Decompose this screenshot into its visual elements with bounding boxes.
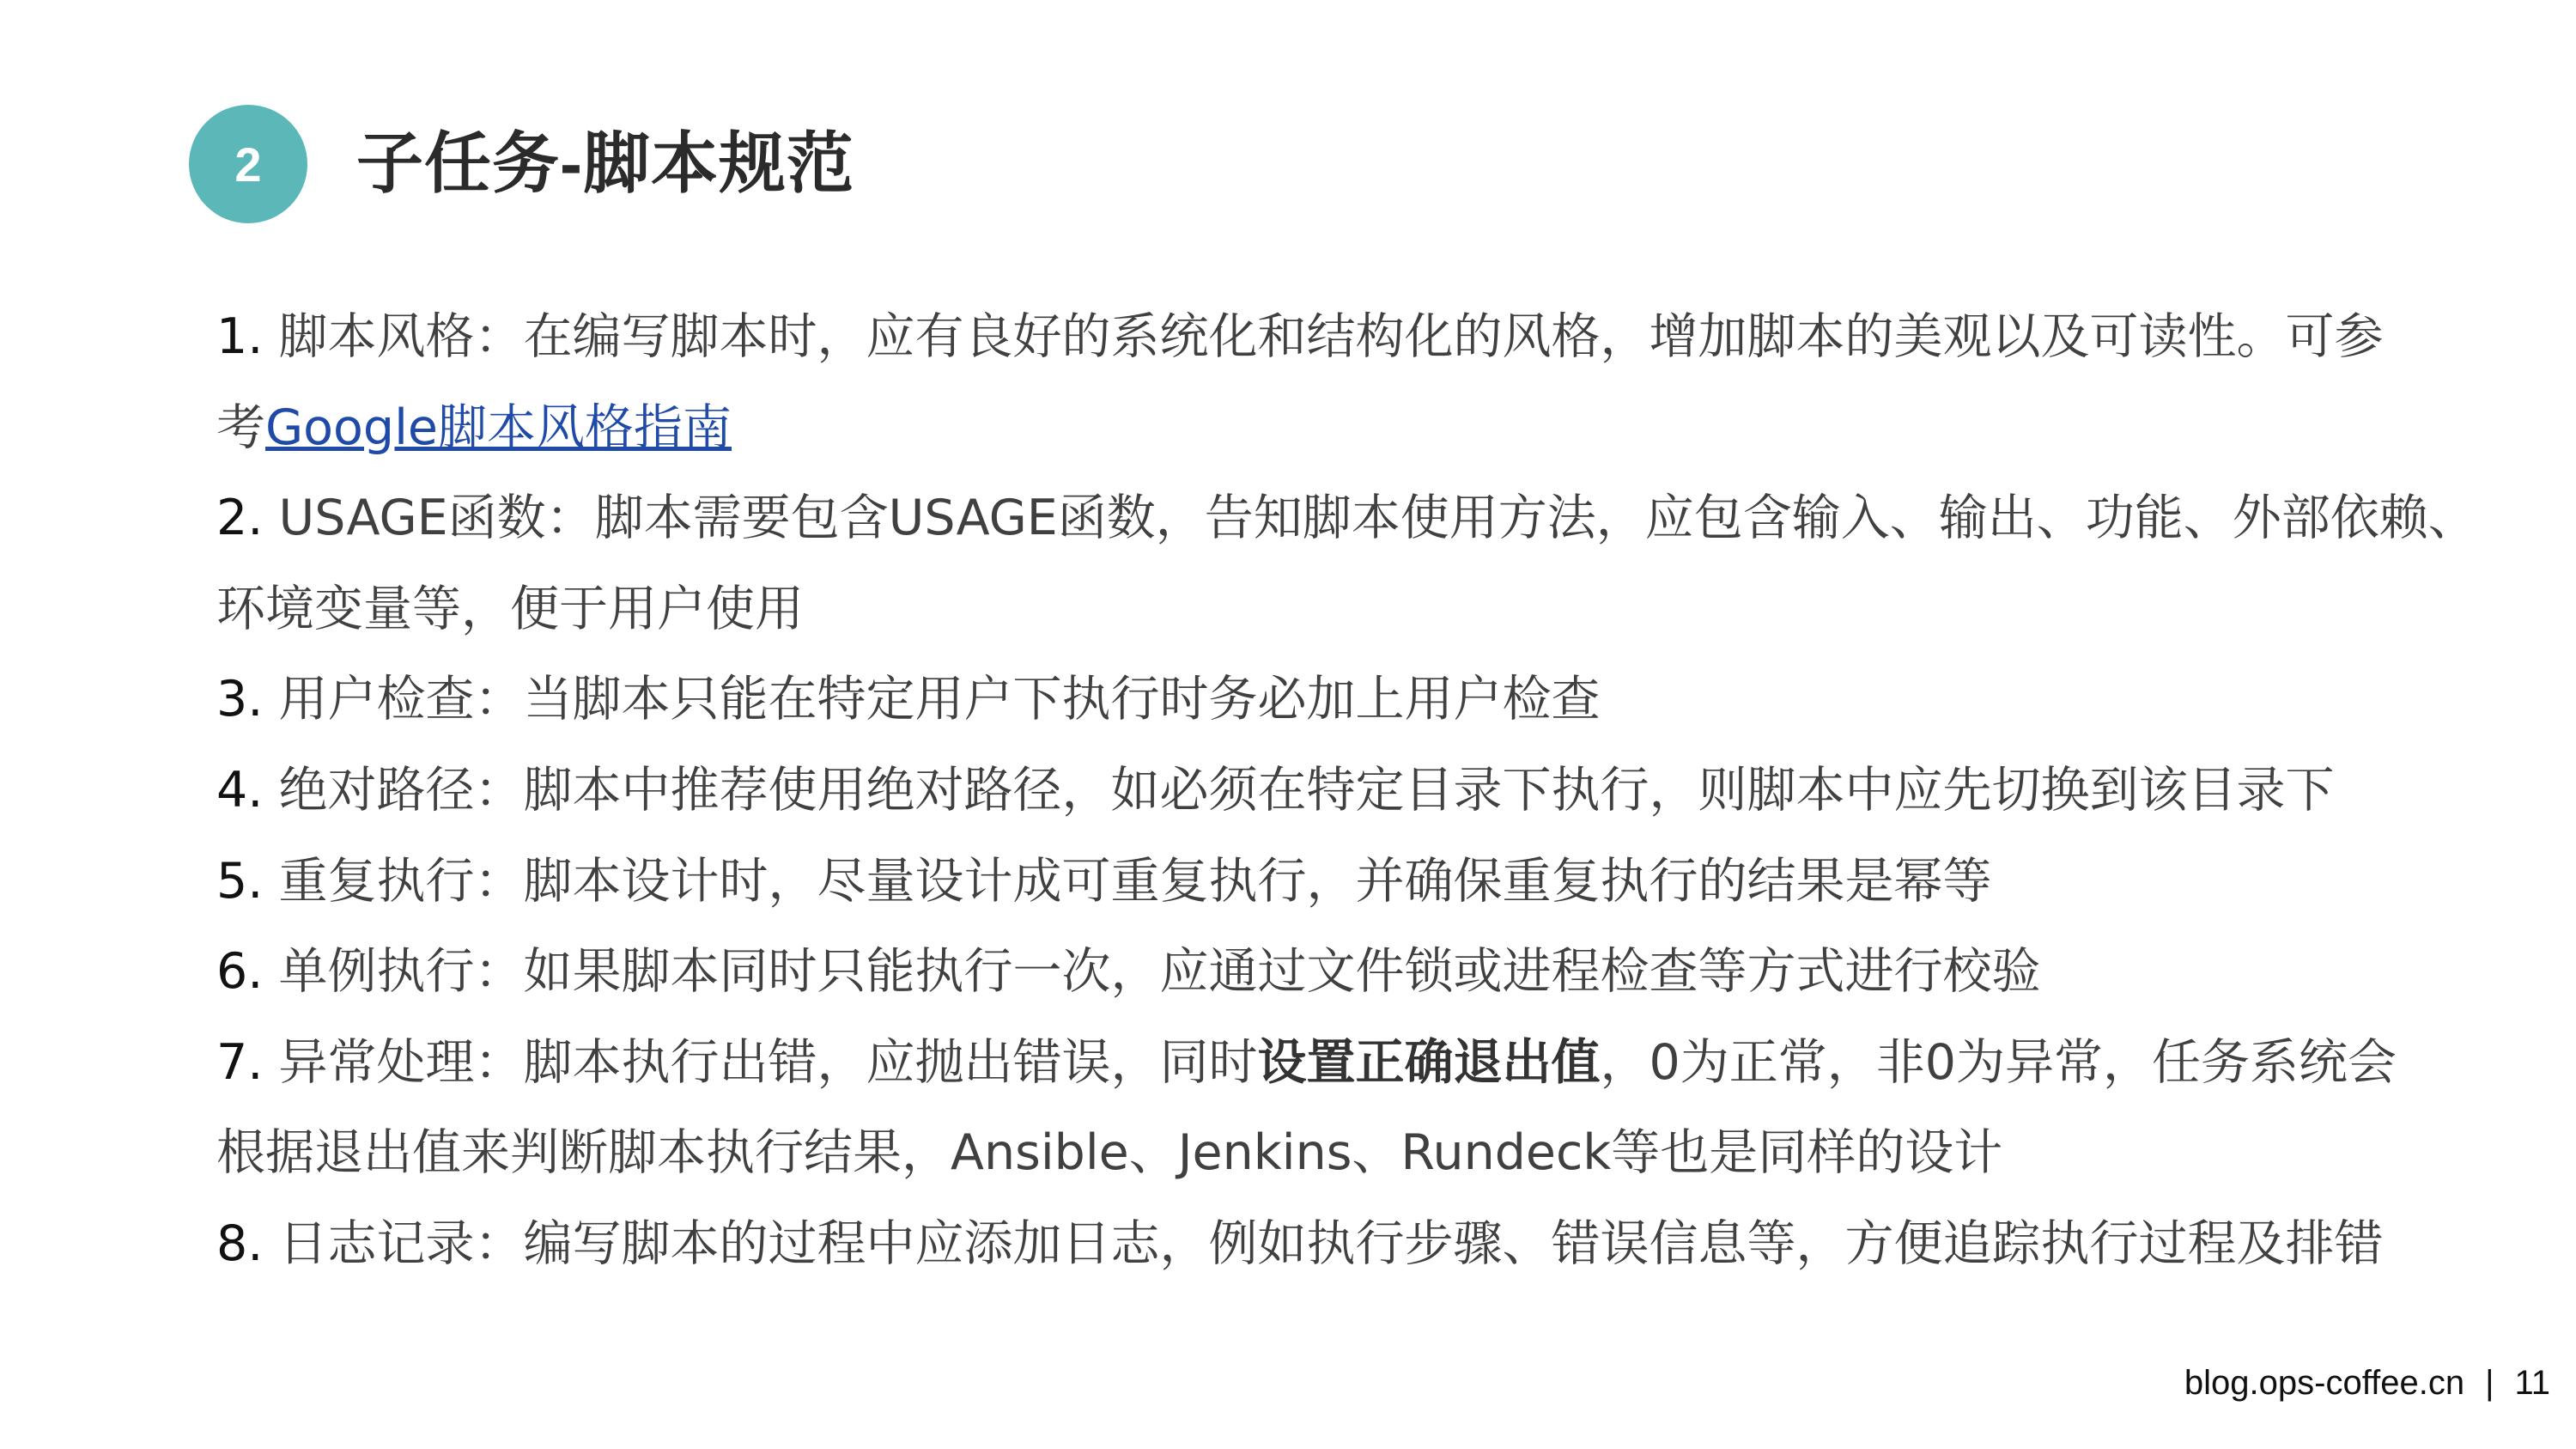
item-number: 6. xyxy=(216,943,263,1000)
item-number: 1. xyxy=(216,308,263,365)
slide-title: 子任务-脚本规范 xyxy=(356,120,854,206)
list-item-continuation: 根据退出值来判断脚本执行结果，Ansible、Jenkins、Rundeck等也… xyxy=(216,1108,2449,1199)
emphasis-exit-code: 设置正确退出值 xyxy=(1258,1034,1601,1091)
item-text: 日志记录：编写脚本的过程中应添加日志，例如执行步骤、错误信息等，方便追踪执行过程… xyxy=(263,1215,2383,1272)
item-number: 3. xyxy=(216,671,263,728)
item-text: 重复执行：脚本设计时，尽量设计成可重复执行，并确保重复执行的结果是幂等 xyxy=(263,853,1991,910)
item-text: 环境变量等，便于用户使用 xyxy=(216,581,804,637)
list-item: 2. USAGE函数：脚本需要包含USAGE函数，告知脚本使用方法，应包含输入、… xyxy=(216,473,2449,564)
item-text: 脚本风格：在编写脚本时，应有良好的系统化和结构化的风格，增加脚本的美观以及可读性… xyxy=(263,308,2383,365)
footer: blog.ops-coffee.cn|11 xyxy=(2184,1364,2550,1403)
list-item: 7. 异常处理：脚本执行出错，应抛出错误，同时设置正确退出值，0为正常，非0为异… xyxy=(216,1018,2449,1109)
item-text: 用户检查：当脚本只能在特定用户下执行时务必加上用户检查 xyxy=(263,671,1600,728)
list-item: 8. 日志记录：编写脚本的过程中应添加日志，例如执行步骤、错误信息等，方便追踪执… xyxy=(216,1199,2449,1290)
item-text: ，0为正常，非0为异常，任务系统会 xyxy=(1601,1034,2397,1091)
list-item: 3. 用户检查：当脚本只能在特定用户下执行时务必加上用户检查 xyxy=(216,654,2449,746)
item-number: 8. xyxy=(216,1215,263,1272)
item-text: USAGE函数：脚本需要包含USAGE函数，告知脚本使用方法，应包含输入、输出、… xyxy=(263,490,2476,546)
list-item: 4. 绝对路径：脚本中推荐使用绝对路径，如必须在特定目录下执行，则脚本中应先切换… xyxy=(216,746,2449,837)
list-item: 6. 单例执行：如果脚本同时只能执行一次，应通过文件锁或进程检查等方式进行校验 xyxy=(216,927,2449,1018)
list-item: 1. 脚本风格：在编写脚本时，应有良好的系统化和结构化的风格，增加脚本的美观以及… xyxy=(216,292,2449,383)
footer-site: blog.ops-coffee.cn xyxy=(2184,1364,2464,1402)
section-number-badge: 2 xyxy=(189,105,307,223)
item-text: 绝对路径：脚本中推荐使用绝对路径，如必须在特定目录下执行，则脚本中应先切换到该目… xyxy=(263,762,2334,819)
item-number: 4. xyxy=(216,762,263,819)
rules-list: 1. 脚本风格：在编写脚本时，应有良好的系统化和结构化的风格，增加脚本的美观以及… xyxy=(216,292,2449,1290)
item-number: 7. xyxy=(216,1034,263,1091)
list-item: 5. 重复执行：脚本设计时，尽量设计成可重复执行，并确保重复执行的结果是幂等 xyxy=(216,837,2449,928)
item-text: 根据退出值来判断脚本执行结果，Ansible、Jenkins、Rundeck等也… xyxy=(216,1124,2002,1181)
item-text: 考 xyxy=(216,399,265,456)
list-item-continuation: 考Google脚本风格指南 xyxy=(216,383,2449,474)
google-style-guide-link[interactable]: Google脚本风格指南 xyxy=(265,399,732,456)
item-text: 异常处理：脚本执行出错，应抛出错误，同时 xyxy=(263,1034,1257,1091)
item-number: 2. xyxy=(216,490,263,546)
section-number: 2 xyxy=(234,137,261,192)
item-number: 5. xyxy=(216,853,263,910)
footer-separator: | xyxy=(2485,1364,2494,1402)
item-text: 单例执行：如果脚本同时只能执行一次，应通过文件锁或进程检查等方式进行校验 xyxy=(263,943,2040,1000)
list-item-continuation: 环境变量等，便于用户使用 xyxy=(216,564,2449,655)
page-number: 11 xyxy=(2514,1364,2550,1402)
